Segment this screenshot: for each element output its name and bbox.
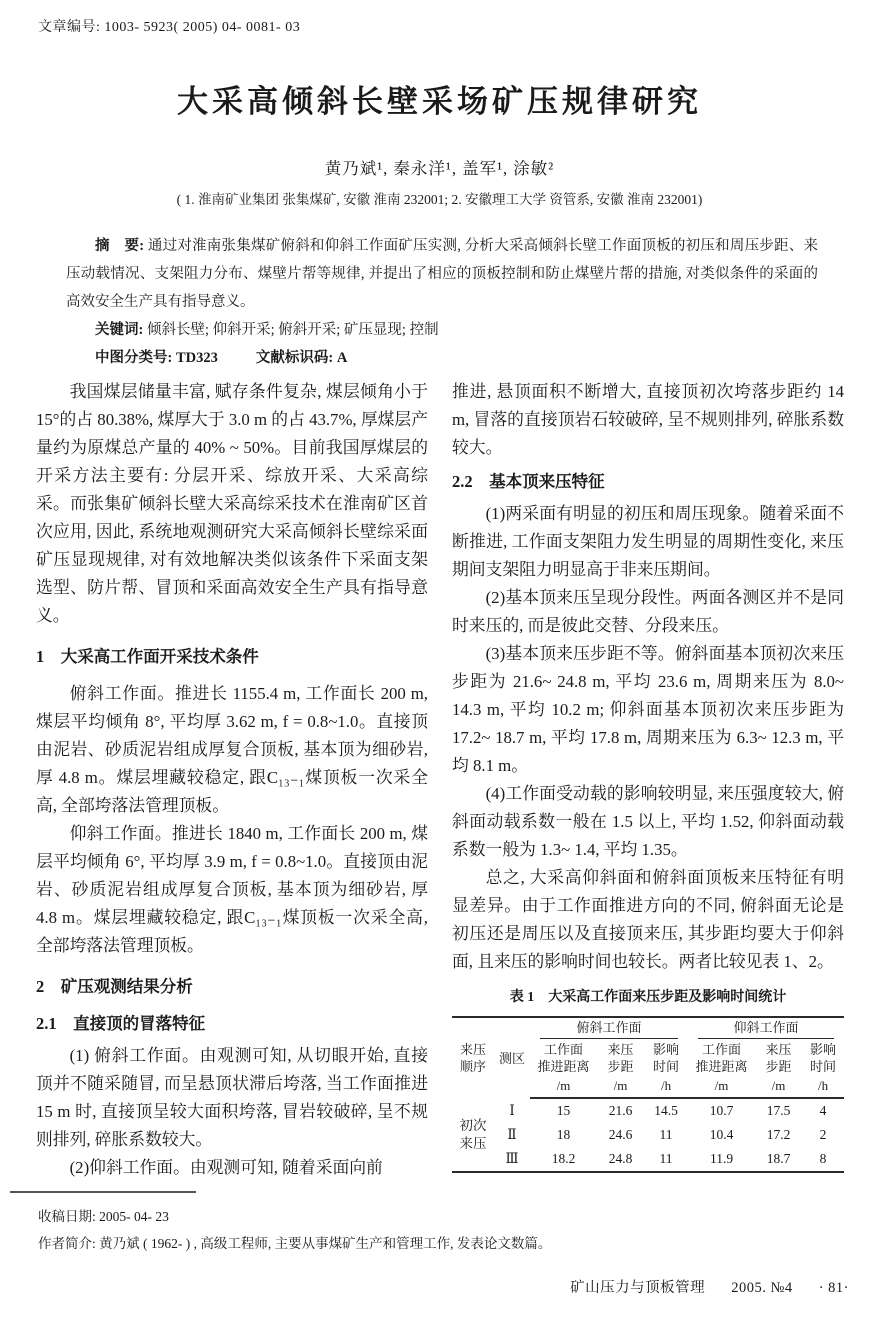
th-weighting-interval-updip: 来压步距 [755,1040,802,1076]
section-heading-2-2: 2.2 基本顶来压特征 [452,468,844,496]
clc-label: 中图分类号: TD323 [95,350,218,366]
unit-cell: /m [755,1076,802,1098]
column-right: 推进, 悬顶面积不断增大, 直接顶初次垮落步距约 14 m, 冒落的直接顶岩石较… [452,378,844,1173]
value-cell: 24.6 [597,1123,644,1147]
value-cell: 10.7 [688,1098,755,1123]
pressure-item-2-paragraph: (2)基本顶来压呈现分段性。两面各测区并不是同时来压的, 而是彼此交替、分段来压… [452,584,844,640]
column-left: 我国煤层储量丰富, 赋存条件复杂, 煤层倾角小于 15°的占 80.38%, 煤… [36,378,428,1182]
keywords-line: 关键词: 倾斜长壁; 仰斜开采; 俯斜开采; 矿压显现; 控制 [66,316,818,344]
value-cell: 15 [530,1098,597,1123]
th-line: 时间 [802,1058,844,1075]
section-heading-1: 1 大采高工作面开采技术条件 [36,643,428,671]
th-line: 来压 [597,1041,644,1058]
pressure-item-3-paragraph: (3)基本顶来压步距不等。俯斜面基本顶初次来压步距为 21.6~ 24.8 m,… [452,640,844,780]
zone-cell: Ⅱ [494,1123,530,1147]
keywords-label: 关键词: [95,322,143,338]
table-row: Ⅱ 18 24.6 11 10.4 17.2 2 [452,1123,844,1147]
abstract-label: 摘 要: [95,238,144,254]
value-cell: 18.2 [530,1147,597,1172]
th-group-downdip-label: 俯斜工作面 [540,1019,678,1039]
th-advance-distance-downdip: 工作面推进距离 [530,1040,597,1076]
th-line: 来压 [755,1041,802,1058]
th-line: 推进距离 [688,1058,755,1075]
unit-cell: /m [530,1076,597,1098]
table-row: 初次来压 Ⅰ 15 21.6 14.5 10.7 17.5 4 [452,1098,844,1123]
row-group-line2: 来压 [452,1135,494,1153]
th-line: 影响 [644,1041,688,1058]
value-cell: 11.9 [688,1147,755,1172]
value-cell: 2 [802,1123,844,1147]
value-cell: 17.5 [755,1098,802,1123]
value-cell: 4 [802,1098,844,1123]
pressure-item-1-paragraph: (1)两采面有明显的初压和周压现象。随着采面不断推进, 工作面支架阻力发生明显的… [452,500,844,584]
th-line: 影响 [802,1041,844,1058]
abstract-paragraph: 摘 要: 通过对淮南张集煤矿俯斜和仰斜工作面矿压实测, 分析大采高倾斜长壁工作面… [66,232,818,316]
table-header-group-row: 来压顺序 测区 俯斜工作面 仰斜工作面 [452,1017,844,1040]
unit-cell: /h [644,1076,688,1098]
value-cell: 17.2 [755,1123,802,1147]
downdip-face-paragraph: 俯斜工作面。推进长 1155.4 m, 工作面长 200 m, 煤层平均倾角 8… [36,680,428,820]
th-line: 工作面 [530,1041,597,1058]
doc-code-label: 文献标识码: A [256,350,347,366]
paper-page: 文章编号: 1003- 5923( 2005) 04- 0081- 03 大采高… [0,0,879,1326]
abstract-section: 摘 要: 通过对淮南张集煤矿俯斜和仰斜工作面矿压实测, 分析大采高倾斜长壁工作面… [66,232,818,372]
table-1-caption: 表 1 大采高工作面来压步距及影响时间统计 [452,984,844,1012]
th-influence-time-updip: 影响时间 [802,1040,844,1076]
updip-face-paragraph: 仰斜工作面。推进长 1840 m, 工作面长 200 m, 煤层平均倾角 6°,… [36,820,428,960]
th-sequence-line1: 来压 [452,1041,494,1058]
received-date: 收稿日期: 2005- 04- 23 [38,1203,551,1230]
pressure-statistics-table: 来压顺序 测区 俯斜工作面 仰斜工作面 工作面推进距离 来压步距 影响时间 工作… [452,1016,844,1173]
th-group-updip: 仰斜工作面 [688,1017,844,1040]
zone-cell: Ⅰ [494,1098,530,1123]
value-cell: 14.5 [644,1098,688,1123]
section-heading-2-1: 2.1 直接顶的冒落特征 [36,1010,428,1038]
value-cell: 11 [644,1147,688,1172]
zone-cell: Ⅲ [494,1147,530,1172]
th-group-downdip: 俯斜工作面 [530,1017,688,1040]
value-cell: 8 [802,1147,844,1172]
table-row: Ⅲ 18.2 24.8 11 11.9 18.7 8 [452,1147,844,1172]
journal-name: 矿山压力与顶板管理 [570,1280,705,1296]
journal-issue: 2005. №4 [731,1280,792,1296]
th-sequence: 来压顺序 [452,1017,494,1098]
classification-line: 中图分类号: TD323文献标识码: A [66,344,818,372]
th-group-updip-label: 仰斜工作面 [698,1019,834,1039]
value-cell: 10.4 [688,1123,755,1147]
th-line: 步距 [755,1058,802,1075]
section-heading-2: 2 矿压观测结果分析 [36,973,428,1001]
caving-item-1-paragraph: (1) 俯斜工作面。由观测可知, 从切眼开始, 直接顶并不随采随冒, 而呈悬顶状… [36,1042,428,1154]
footnotes-section: 收稿日期: 2005- 04- 23 作者简介: 黄乃斌 ( 1962- ) ,… [38,1203,551,1257]
continuation-paragraph: 推进, 悬顶面积不断增大, 直接顶初次垮落步距约 14 m, 冒落的直接顶岩石较… [452,378,844,462]
unit-cell: /m [597,1076,644,1098]
summary-paragraph: 总之, 大采高仰斜面和俯斜面顶板来压特征有明显差异。由于工作面推进方向的不同, … [452,864,844,976]
value-cell: 24.8 [597,1147,644,1172]
value-cell: 11 [644,1123,688,1147]
article-number: 文章编号: 1003- 5923( 2005) 04- 0081- 03 [38,16,300,36]
th-line: 推进距离 [530,1058,597,1075]
th-weighting-interval-downdip: 来压步距 [597,1040,644,1076]
intro-paragraph: 我国煤层储量丰富, 赋存条件复杂, 煤层倾角小于 15°的占 80.38%, 煤… [36,378,428,630]
journal-footer: 矿山压力与顶板管理 2005. №4 · 81· [570,1276,849,1297]
th-influence-time-downdip: 影响时间 [644,1040,688,1076]
pressure-item-4-paragraph: (4)工作面受动载的影响较明显, 来压强度较大, 俯斜面动载系数一般在 1.5 … [452,780,844,864]
affiliation-line: ( 1. 淮南矿业集团 张集煤矿, 安徽 淮南 232001; 2. 安徽理工大… [0,188,879,208]
authors-line: 黄乃斌¹, 秦永洋¹, 盖军¹, 涂敏² [0,155,879,179]
author-bio: 作者简介: 黄乃斌 ( 1962- ) , 高级工程师, 主要从事煤矿生产和管理… [38,1230,551,1257]
th-zone: 测区 [494,1017,530,1098]
footnote-divider [10,1191,196,1193]
paper-title: 大采高倾斜长壁采场矿压规律研究 [0,76,879,121]
abstract-text: 通过对淮南张集煤矿俯斜和仰斜工作面矿压实测, 分析大采高倾斜长壁工作面顶板的初压… [66,238,818,310]
unit-cell: /m [688,1076,755,1098]
keywords-text: 倾斜长壁; 仰斜开采; 俯斜开采; 矿压显现; 控制 [147,322,439,338]
th-line: 时间 [644,1058,688,1075]
th-sequence-line2: 顺序 [452,1058,494,1075]
th-line: 工作面 [688,1041,755,1058]
value-cell: 21.6 [597,1098,644,1123]
row-group-line1: 初次 [452,1117,494,1135]
value-cell: 18 [530,1123,597,1147]
row-group-label: 初次来压 [452,1098,494,1172]
th-advance-distance-updip: 工作面推进距离 [688,1040,755,1076]
page-number: · 81· [819,1280,849,1296]
th-line: 步距 [597,1058,644,1075]
unit-cell: /h [802,1076,844,1098]
value-cell: 18.7 [755,1147,802,1172]
caving-item-2-paragraph: (2)仰斜工作面。由观测可知, 随着采面向前 [36,1154,428,1182]
